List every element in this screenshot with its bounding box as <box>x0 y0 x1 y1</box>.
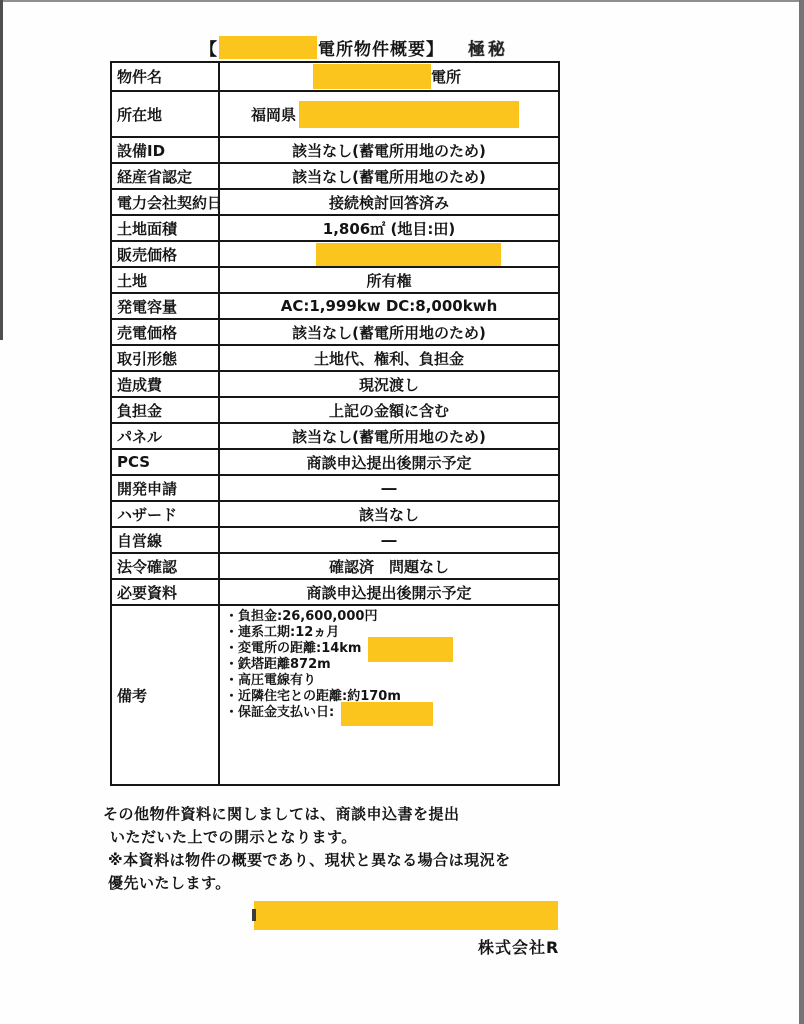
property-name-suffix: 電所 <box>431 66 461 87</box>
table-row: 自営線 ― <box>112 528 558 554</box>
title-bracket: 【 <box>200 35 218 60</box>
remarks-item: ・変電所の距離:14km <box>225 641 558 657</box>
row-label: 負担金 <box>112 398 220 422</box>
company-name: 株式会社R <box>478 935 559 958</box>
redaction-box <box>299 101 519 128</box>
row-label: 販売価格 <box>112 242 220 266</box>
row-label: 造成費 <box>112 372 220 396</box>
row-value: 所有権 <box>220 268 558 292</box>
table-row-location: 所在地 福岡県 <box>112 92 558 138</box>
row-value: ― <box>220 528 558 552</box>
row-value: 電所 <box>220 63 558 90</box>
footer-note-line: ※本資料は物件の概要であり、現状と異なる場合は現況を <box>101 849 511 872</box>
row-value: 確認済 問題なし <box>220 554 558 578</box>
table-row: 電力会社契約日 接続検討回答済み <box>112 190 558 216</box>
table-row: 負担金 上記の金額に含む <box>112 398 558 424</box>
row-label: 土地面積 <box>112 216 220 240</box>
remarks-item: ・高圧電線有り <box>225 673 558 689</box>
footer-note-line: 優先いたします。 <box>101 872 511 895</box>
row-value: 該当なし <box>220 502 558 526</box>
title-redaction-box <box>219 36 317 59</box>
table-row: 取引形態 土地代、権利、負担金 <box>112 346 558 372</box>
row-label: 発電容量 <box>112 294 220 318</box>
scan-edge-left <box>0 0 3 340</box>
row-value: 該当なし(蓄電所用地のため) <box>220 164 558 188</box>
row-label: 所在地 <box>112 92 220 136</box>
scan-edge-top <box>0 0 804 2</box>
table-row: 設備ID 該当なし(蓄電所用地のため) <box>112 138 558 164</box>
location-prefix: 福岡県 <box>251 104 296 125</box>
row-value <box>220 242 558 266</box>
row-value: AC:1,999kw DC:8,000kwh <box>220 294 558 318</box>
classification-stamp: 極秘 <box>468 35 508 60</box>
row-label: 物件名 <box>112 63 220 90</box>
row-label: PCS <box>112 450 220 474</box>
footer-note-line: いただいた上での開示となります。 <box>101 826 511 849</box>
footer-notes: その他物件資料に関しましては、商談申込書を提出 いただいた上での開示となります。… <box>101 803 511 895</box>
row-value: 該当なし(蓄電所用地のため) <box>220 424 558 448</box>
row-value: 現況渡し <box>220 372 558 396</box>
redaction-box <box>341 702 433 726</box>
row-label: 備考 <box>112 606 220 784</box>
row-label: 売電価格 <box>112 320 220 344</box>
row-label: 土地 <box>112 268 220 292</box>
table-row: ハザード 該当なし <box>112 502 558 528</box>
table-row: 開発申請 ― <box>112 476 558 502</box>
table-row: 土地面積 1,806㎡ (地目:田) <box>112 216 558 242</box>
redaction-box <box>313 64 431 89</box>
row-value: 接続検討回答済み <box>220 190 558 214</box>
row-label: 経産省認定 <box>112 164 220 188</box>
redaction-peek-mark <box>252 909 256 921</box>
table-row: PCS 商談申込提出後開示予定 <box>112 450 558 476</box>
scanned-document-page: 【 電所物件概要】 極秘 物件名 電所 所在地 福岡県 設備ID 該当なし(蓄電… <box>0 0 804 1024</box>
row-value: 該当なし(蓄電所用地のため) <box>220 138 558 162</box>
redaction-box <box>368 637 453 662</box>
remarks-value: ・負担金:26,600,000円 ・連系工期:12ヵ月 ・変電所の距離:14km… <box>220 606 558 784</box>
table-row-property-name: 物件名 電所 <box>112 63 558 92</box>
remarks-item: ・負担金:26,600,000円 <box>225 609 558 625</box>
redaction-box <box>316 243 501 266</box>
row-value: 商談申込提出後開示予定 <box>220 580 558 604</box>
footer-note-line: その他物件資料に関しましては、商談申込書を提出 <box>101 803 511 826</box>
scan-edge-right <box>799 0 804 1024</box>
property-overview-table: 物件名 電所 所在地 福岡県 設備ID 該当なし(蓄電所用地のため) 経産省認定… <box>110 61 560 786</box>
row-value: 1,806㎡ (地目:田) <box>220 216 558 240</box>
table-row: 土地 所有権 <box>112 268 558 294</box>
table-row: 造成費 現況渡し <box>112 372 558 398</box>
row-value: 該当なし(蓄電所用地のため) <box>220 320 558 344</box>
table-row: パネル 該当なし(蓄電所用地のため) <box>112 424 558 450</box>
table-row: 売電価格 該当なし(蓄電所用地のため) <box>112 320 558 346</box>
row-label: 取引形態 <box>112 346 220 370</box>
row-value: 上記の金額に含む <box>220 398 558 422</box>
document-title: 【 電所物件概要】 極秘 <box>200 34 508 63</box>
row-label: 必要資料 <box>112 580 220 604</box>
row-label: 開発申請 <box>112 476 220 500</box>
table-row-sale-price: 販売価格 <box>112 242 558 268</box>
table-row: 発電容量 AC:1,999kw DC:8,000kwh <box>112 294 558 320</box>
row-label: ハザード <box>112 502 220 526</box>
row-value: 商談申込提出後開示予定 <box>220 450 558 474</box>
row-label: 電力会社契約日 <box>112 190 220 214</box>
row-label: 法令確認 <box>112 554 220 578</box>
table-row: 経産省認定 該当なし(蓄電所用地のため) <box>112 164 558 190</box>
row-label: 設備ID <box>112 138 220 162</box>
remarks-list: ・負担金:26,600,000円 ・連系工期:12ヵ月 ・変電所の距離:14km… <box>225 609 558 721</box>
remarks-item: ・保証金支払い日: <box>225 705 558 721</box>
row-value: 土地代、権利、負担金 <box>220 346 558 370</box>
table-row-remarks: 備考 ・負担金:26,600,000円 ・連系工期:12ヵ月 ・変電所の距離:1… <box>112 606 558 784</box>
row-label: 自営線 <box>112 528 220 552</box>
row-value: 福岡県 <box>220 92 558 136</box>
table-row: 必要資料 商談申込提出後開示予定 <box>112 580 558 606</box>
footer-redaction-bar <box>254 901 558 930</box>
table-row: 法令確認 確認済 問題なし <box>112 554 558 580</box>
row-label: パネル <box>112 424 220 448</box>
title-text: 電所物件概要】 <box>318 35 444 60</box>
row-value: ― <box>220 476 558 500</box>
